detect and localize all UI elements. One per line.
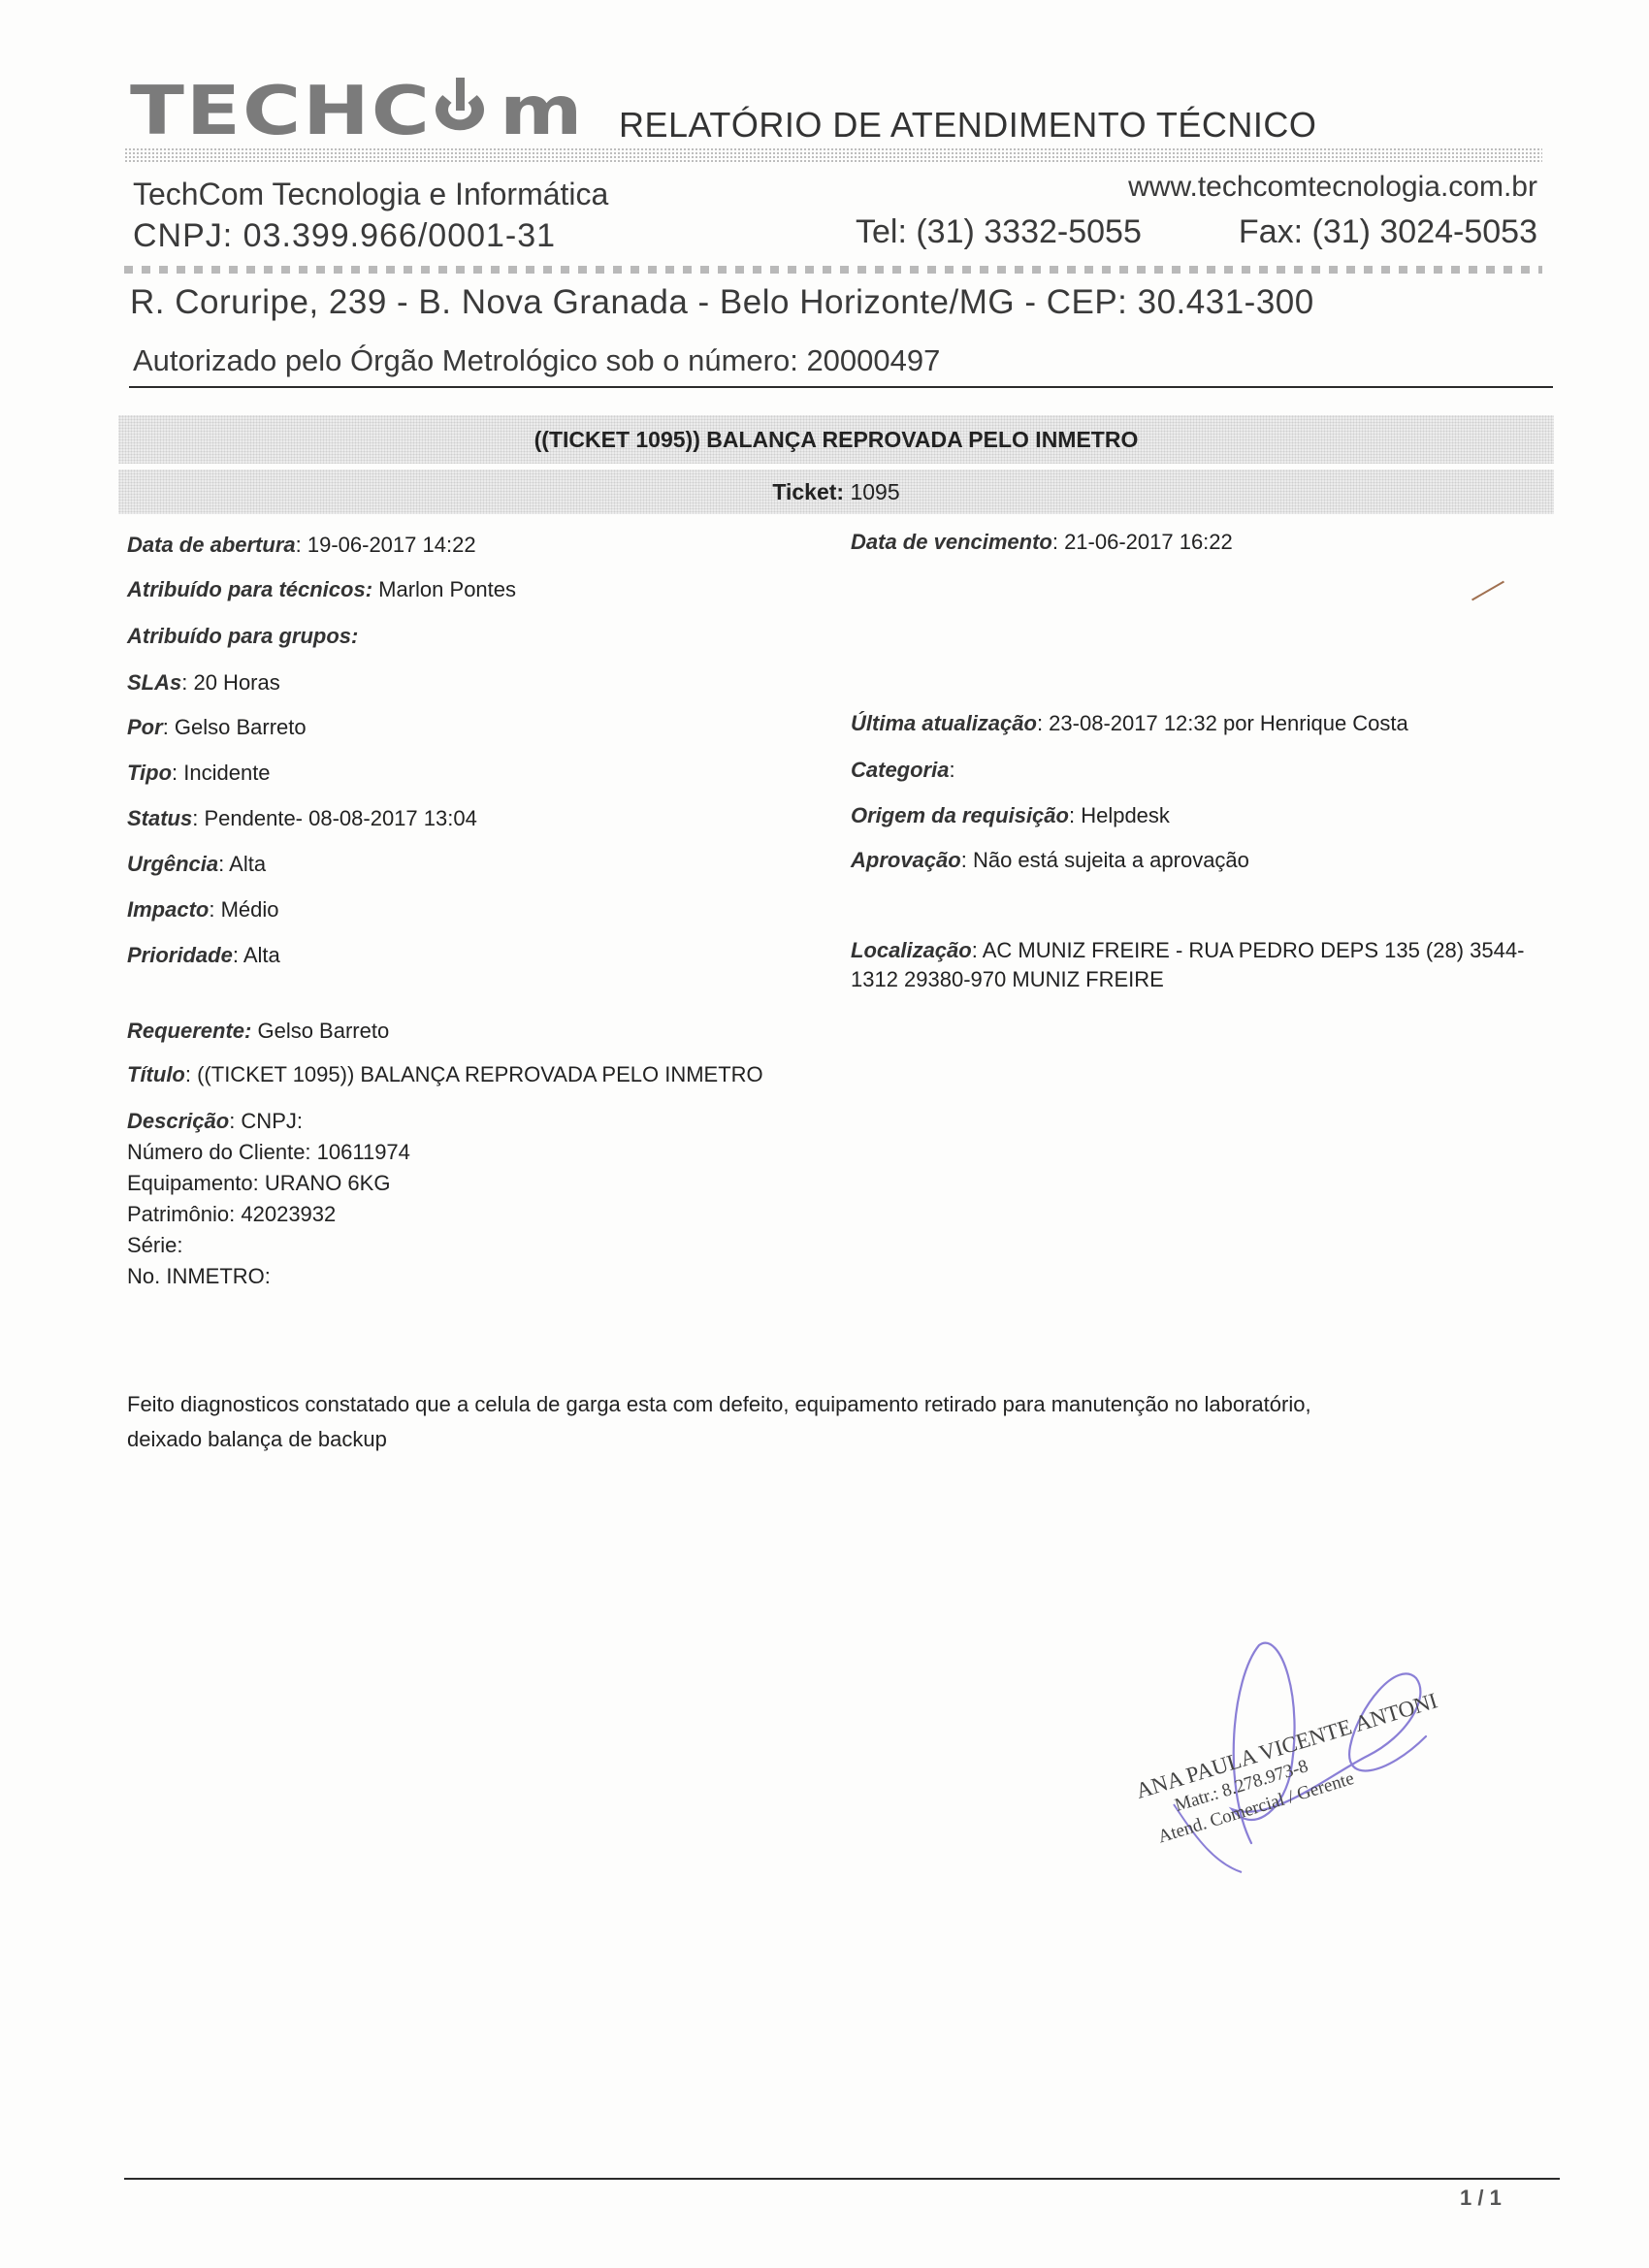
field-value: : Alta [218, 852, 266, 876]
company-cnpj: CNPJ: 03.399.966/0001-31 [133, 217, 556, 255]
company-fax: Fax: (31) 3024-5053 [1239, 213, 1537, 251]
field-label: Localização [851, 938, 972, 962]
field-label: Origem da requisição [851, 803, 1069, 827]
field-value: : CNPJ: [229, 1109, 303, 1133]
field-label: Urgência [127, 852, 218, 876]
field-value: : 23-08-2017 12:32 por Henrique Costa [1037, 711, 1408, 735]
company-address: R. Coruripe, 239 - B. Nova Granada - Bel… [130, 283, 1314, 322]
field-label: SLAs [127, 670, 181, 695]
ticket-label: Ticket: [772, 479, 844, 504]
field-label: Descrição [127, 1109, 229, 1133]
company-name: TechCom Tecnologia e Informática [133, 177, 608, 212]
techcom-logo: TECHCm [130, 78, 584, 146]
descricao-line: Número do Cliente: 10611974 [127, 1137, 410, 1168]
field-label: Data de abertura [127, 533, 296, 557]
field-titulo: Título: ((TICKET 1095)) BALANÇA REPROVAD… [127, 1061, 763, 1088]
field-value: Marlon Pontes [372, 577, 516, 601]
footer-rule [124, 2178, 1560, 2180]
field-requerente: Requerente: Gelso Barreto [127, 1018, 389, 1045]
field-slas: SLAs: 20 Horas [127, 669, 280, 697]
field-value: Gelso Barreto [251, 1019, 389, 1043]
field-data-vencimento: Data de vencimento: 21-06-2017 16:22 [851, 529, 1233, 556]
field-value: : 19-06-2017 14:22 [296, 533, 476, 557]
dashed-divider [124, 266, 1542, 274]
descricao-line: Patrimônio: 42023932 [127, 1199, 410, 1230]
report-title: RELATÓRIO DE ATENDIMENTO TÉCNICO [619, 105, 1316, 146]
ticket-number-bar: Ticket: 1095 [118, 470, 1554, 514]
field-value: : Pendente- 08-08-2017 13:04 [192, 806, 477, 830]
field-value: : Alta [233, 943, 280, 967]
field-ultima-atualizacao: Última atualização: 23-08-2017 12:32 por… [851, 710, 1408, 737]
field-value: : [949, 758, 954, 782]
descricao-line: No. INMETRO: [127, 1261, 410, 1292]
field-impacto: Impacto: Médio [127, 896, 279, 923]
company-phone: Tel: (31) 3332-5055 [856, 213, 1142, 251]
field-grupos: Atribuído para grupos: [127, 623, 358, 650]
field-label: Prioridade [127, 943, 233, 967]
field-origem: Origem da requisição: Helpdesk [851, 802, 1170, 829]
ticket-title-bar: ((TICKET 1095)) BALANÇA REPROVADA PELO I… [118, 415, 1554, 464]
descricao-line: Série: [127, 1230, 410, 1261]
metrology-authorization: Autorizado pelo Órgão Metrológico sob o … [133, 343, 940, 378]
field-urgencia: Urgência: Alta [127, 851, 266, 878]
field-label: Data de vencimento [851, 530, 1052, 554]
descricao-first-line: Descrição: CNPJ: [127, 1106, 410, 1137]
pen-mark [1471, 581, 1504, 601]
dotted-divider [124, 147, 1542, 163]
field-label: Aprovação [851, 848, 961, 872]
field-value: : ((TICKET 1095)) BALANÇA REPROVADA PELO… [185, 1062, 763, 1086]
field-tipo: Tipo: Incidente [127, 760, 271, 787]
page-number: 1 / 1 [1460, 2186, 1502, 2211]
field-tecnicos: Atribuído para técnicos: Marlon Pontes [127, 576, 516, 603]
field-aprovacao: Aprovação: Não está sujeita a aprovação [851, 847, 1249, 874]
logo-text: TECHC [130, 72, 432, 150]
field-value: : Médio [209, 897, 278, 922]
field-status: Status: Pendente- 08-08-2017 13:04 [127, 805, 477, 832]
power-icon [432, 81, 500, 133]
ticket-number: 1095 [850, 479, 899, 504]
field-value: : 20 Horas [181, 670, 280, 695]
field-label: Última atualização [851, 711, 1037, 735]
field-data-abertura: Data de abertura: 19-06-2017 14:22 [127, 532, 476, 559]
field-label: Tipo [127, 761, 172, 785]
field-prioridade: Prioridade: Alta [127, 942, 280, 969]
field-descricao: Descrição: CNPJ: Número do Cliente: 1061… [127, 1106, 410, 1292]
field-label: Requerente: [127, 1019, 251, 1043]
field-value: : Incidente [172, 761, 271, 785]
field-label: Atribuído para técnicos: [127, 577, 372, 601]
field-label: Atribuído para grupos: [127, 624, 358, 648]
field-value: : Gelso Barreto [163, 715, 307, 739]
field-label: Por [127, 715, 163, 739]
field-value: : Helpdesk [1069, 803, 1170, 827]
logo-suffix: m [500, 72, 584, 150]
service-notes: Feito diagnosticos constatado que a celu… [127, 1387, 1388, 1457]
field-value: : Não está sujeita a aprovação [961, 848, 1249, 872]
field-label: Status [127, 806, 192, 830]
company-website: www.techcomtecnologia.com.br [1128, 171, 1537, 204]
descricao-line: Equipamento: URANO 6KG [127, 1168, 410, 1199]
field-label: Categoria [851, 758, 949, 782]
field-label: Impacto [127, 897, 209, 922]
field-value: : 21-06-2017 16:22 [1052, 530, 1233, 554]
field-por: Por: Gelso Barreto [127, 714, 307, 741]
field-label: Título [127, 1062, 185, 1086]
field-localizacao: Localização: AC MUNIZ FREIRE - RUA PEDRO… [851, 936, 1549, 994]
field-categoria: Categoria: [851, 757, 955, 784]
header-rule [129, 386, 1553, 388]
